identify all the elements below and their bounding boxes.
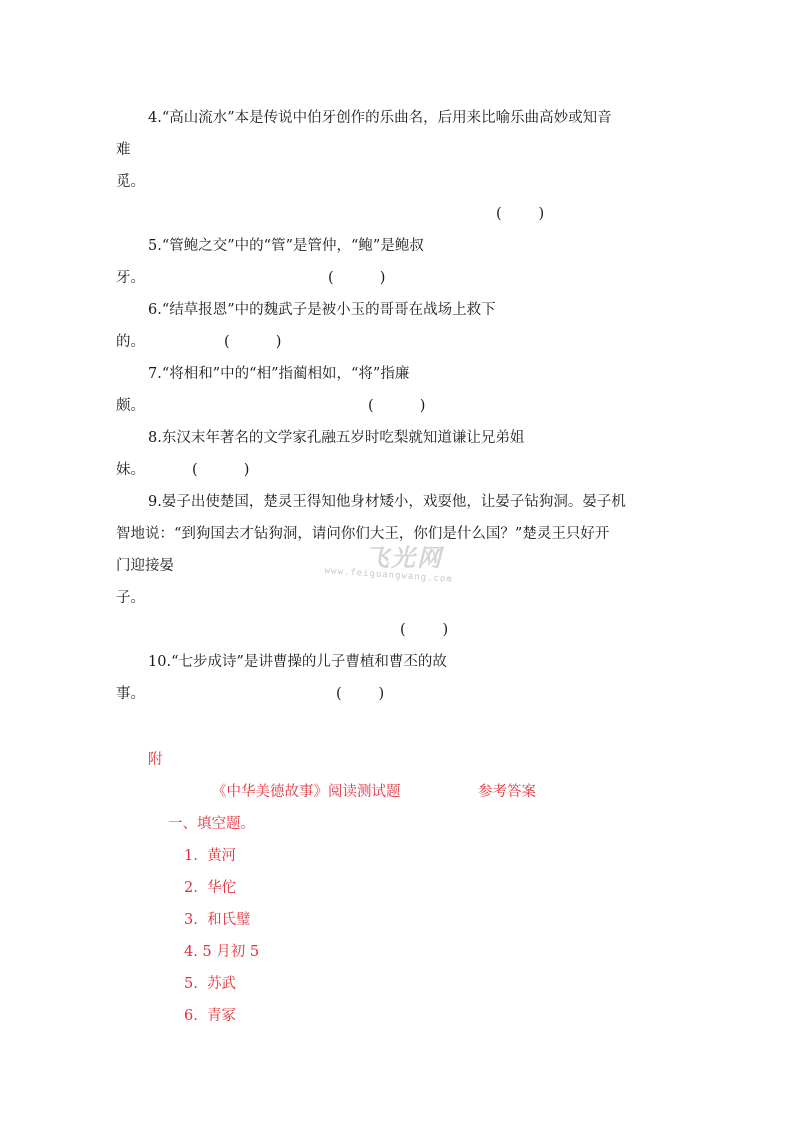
question-text: “将相和”中的“相”指蔺相如，“将”指廉 [162, 366, 409, 382]
answer-blank-10[interactable]: ( ) [336, 684, 384, 704]
question-5: 5.“管鲍之交”中的“管”是管仲，“鲍”是鲍叔 [148, 236, 424, 256]
answer-text: 青冢 [207, 1008, 236, 1024]
answer-item: 1. 黄河 [184, 846, 236, 866]
appendix-title: 《中华美德故事》阅读测试题 [212, 782, 401, 802]
answer-number: 1. [184, 848, 198, 864]
appendix-label: 附 [148, 750, 163, 770]
section-heading: 一、填空题。 [168, 814, 255, 834]
question-4: 4.“高山流水”本是传说中伯牙创作的乐曲名，后用来比喻乐曲高妙或知音 [148, 108, 612, 128]
answer-text: 5 月初 5 [202, 944, 259, 960]
question-text: “高山流水”本是传说中伯牙创作的乐曲名，后用来比喻乐曲高妙或知音 [162, 110, 612, 126]
watermark: 飞光网 www.feiguangwang.com [325, 538, 465, 590]
question-7: 7.“将相和”中的“相”指蔺相如，“将”指廉 [148, 364, 409, 384]
watermark-url: www.feiguangwang.com [324, 566, 453, 585]
answer-number: 2. [184, 880, 198, 896]
question-7-wrap: 颇。 [116, 396, 145, 416]
question-9: 9.晏子出使楚国，楚灵王得知他身材矮小，戏耍他，让晏子钻狗洞。晏子机 [148, 492, 626, 512]
question-text: 东汉末年著名的文学家孔融五岁时吃梨就知道谦让兄弟姐 [162, 430, 525, 446]
question-8-wrap: 妹。 [116, 460, 145, 480]
answer-blank-5[interactable]: ( ) [328, 268, 385, 288]
answer-blank-9[interactable]: ( ) [400, 620, 448, 640]
question-4-wrap-1: 难 [116, 140, 131, 160]
question-9-wrap-2: 门迎接晏 [116, 556, 174, 576]
question-6-wrap: 的。 [116, 332, 145, 352]
answer-blank-6[interactable]: ( ) [224, 332, 281, 352]
answer-item: 5. 苏武 [184, 974, 236, 994]
question-number: 4. [148, 110, 162, 126]
question-number: 8. [148, 430, 162, 446]
question-6: 6.“结草报恩”中的魏武子是被小玉的哥哥在战场上救下 [148, 300, 496, 320]
question-text: “七步成诗”是讲曹操的儿子曹植和曹丕的故 [171, 654, 447, 670]
answer-item: 4. 5 月初 5 [184, 942, 259, 962]
question-4-wrap-2: 觅。 [116, 172, 145, 192]
answer-text: 和氏璧 [207, 912, 251, 928]
question-9-wrap-3: 子。 [116, 588, 145, 608]
question-number: 9. [148, 494, 162, 510]
question-number: 6. [148, 302, 162, 318]
question-number: 7. [148, 366, 162, 382]
answer-number: 6. [184, 1008, 198, 1024]
answer-number: 3. [184, 912, 198, 928]
answer-text: 苏武 [207, 976, 236, 992]
question-number: 10. [148, 654, 171, 670]
answer-text: 黄河 [207, 848, 236, 864]
question-10: 10.“七步成诗”是讲曹操的儿子曹植和曹丕的故 [148, 652, 447, 672]
answer-blank-4[interactable]: ( ) [496, 204, 544, 224]
answer-item: 2. 华佗 [184, 878, 236, 898]
question-9-wrap-1: 智地说：“到狗国去才钻狗洞，请问你们大王，你们是什么国？”楚灵王只好开 [116, 524, 609, 544]
question-number: 5. [148, 238, 162, 254]
answer-blank-7[interactable]: ( ) [368, 396, 425, 416]
answer-item: 3. 和氏璧 [184, 910, 251, 930]
answer-text: 华佗 [207, 880, 236, 896]
question-8: 8.东汉末年著名的文学家孔融五岁时吃梨就知道谦让兄弟姐 [148, 428, 524, 448]
question-5-wrap: 牙。 [116, 268, 145, 288]
answer-blank-8[interactable]: ( ) [192, 460, 249, 480]
question-text: 晏子出使楚国，楚灵王得知他身材矮小，戏耍他，让晏子钻狗洞。晏子机 [162, 494, 626, 510]
answer-item: 6. 青冢 [184, 1006, 236, 1026]
appendix-subtitle: 参考答案 [478, 782, 536, 802]
answer-number: 5. [184, 976, 198, 992]
question-text: “结草报恩”中的魏武子是被小玉的哥哥在战场上救下 [162, 302, 496, 318]
question-10-wrap: 事。 [116, 684, 145, 704]
question-text: “管鲍之交”中的“管”是管仲，“鲍”是鲍叔 [162, 238, 424, 254]
answer-number: 4. [184, 944, 198, 960]
